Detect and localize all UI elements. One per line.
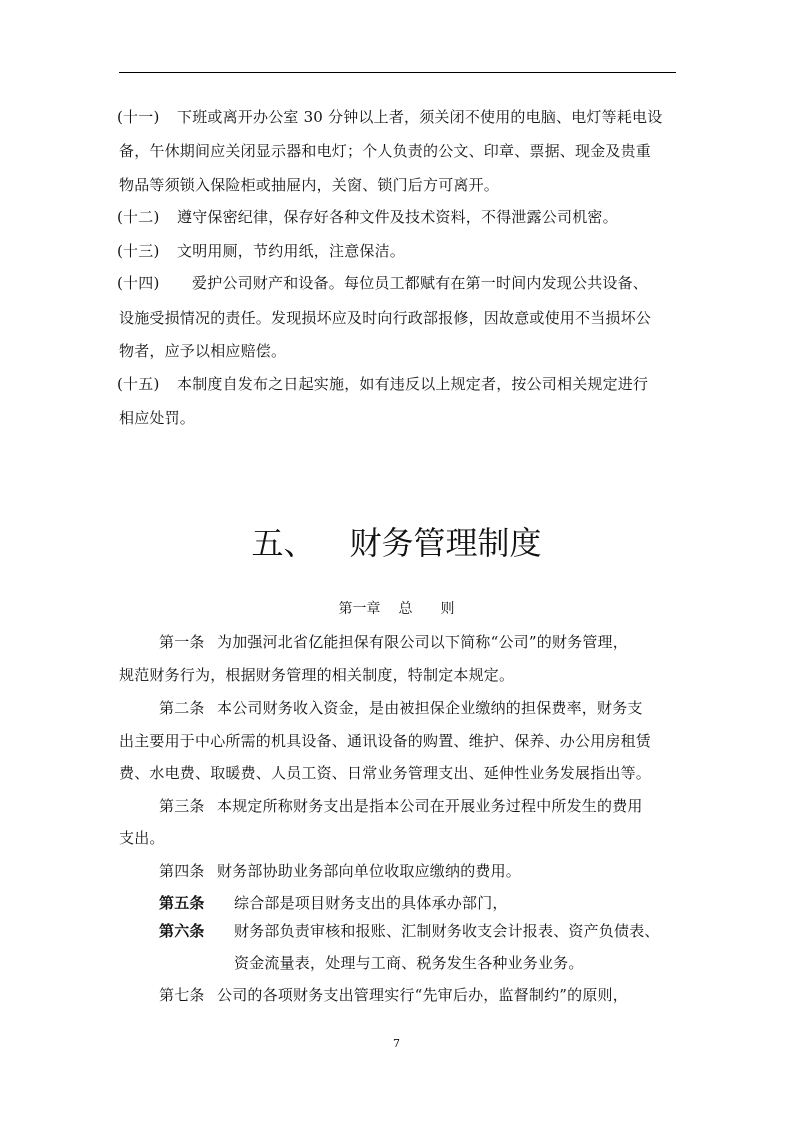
header-rule: [119, 72, 676, 73]
article-3-line-2: 支出。: [119, 828, 165, 848]
section-number: 五、: [251, 524, 315, 562]
article-text: 本公司财务收入资金，是由被担保企业缴纳的担保费率，财务支: [217, 699, 643, 717]
rule-11-line-3: 物品等须锁入保险柜或抽屉内，关窗、锁门后方可离开。: [119, 175, 499, 195]
rule-14-line-3: 物者，应予以相应赔偿。: [119, 341, 286, 361]
article-1-line-1: 第一条为加强河北省亿能担保有限公司以下简称“公司”的财务管理，: [159, 632, 628, 652]
article-6-line-2: 资金流量表，处理与工商、税务发生各种业务业务。: [234, 953, 584, 973]
rule-number: (十一): [117, 107, 177, 127]
article-label: 第六条: [159, 921, 234, 941]
chapter-heading: 第一章总则: [0, 599, 793, 619]
article-label: 第二条: [159, 698, 217, 718]
rule-number: (十四): [117, 273, 192, 293]
article-2-line-2: 出主要用于中心所需的机具设备、通讯设备的购置、维护、保养、办公用房租赁: [119, 731, 651, 751]
article-label: 第三条: [159, 796, 217, 816]
section-title: 五、财务管理制度: [0, 522, 793, 564]
article-4-line-1: 第四条财务部协助业务部向单位收取应缴纳的费用。: [159, 861, 521, 881]
rule-11-line-1: (十一)下班或离开办公室 30 分钟以上者，须关闭不使用的电脑、电灯等耗电设: [117, 107, 662, 127]
article-3-line-1: 第三条本规定所称财务支出是指本公司在开展业务过程中所发生的费用: [159, 796, 643, 816]
article-6-line-1: 第六条财务部负责审核和报账、汇制财务收支会计报表、资产负债表、: [159, 921, 660, 941]
article-text: 综合部是项目财务支出的具体承办部门，: [234, 894, 508, 912]
rule-15-line-1: (十五)本制度自发布之日起实施，如有违反以上规定者，按公司相关规定进行: [117, 374, 648, 394]
article-label: 第四条: [159, 861, 217, 881]
chapter-title-part1: 总: [399, 601, 413, 617]
article-text: 公司的各项财务支出管理实行“先审后办，监督制约”的原则，: [217, 986, 628, 1004]
rule-number: (十三): [117, 241, 177, 261]
article-1-line-2: 规范财务行为，根据财务管理的相关制度，特制定本规定。: [119, 665, 514, 685]
rule-11-line-2: 备，午休期间应关闭显示器和电灯；个人负责的公文、印章、票据、现金及贵重: [119, 141, 651, 161]
article-text: 财务部负责审核和报账、汇制财务收支会计报表、资产负债表、: [234, 922, 660, 940]
rule-text: 文明用厕，节约用纸，注意保洁。: [177, 242, 405, 260]
rule-text: 爱护公司财产和设备。每位员工都赋有在第一时间内发现公共设备、: [192, 274, 648, 292]
article-text: 本规定所称财务支出是指本公司在开展业务过程中所发生的费用: [217, 797, 643, 815]
chapter-title-part2: 则: [441, 601, 455, 617]
article-text: 为加强河北省亿能担保有限公司以下简称“公司”的财务管理，: [217, 633, 628, 651]
article-7-line-1: 第七条公司的各项财务支出管理实行“先审后办，监督制约”的原则，: [159, 985, 628, 1005]
article-label: 第一条: [159, 632, 217, 652]
rule-text: 本制度自发布之日起实施，如有违反以上规定者，按公司相关规定进行: [177, 375, 648, 393]
article-text: 财务部协助业务部向单位收取应缴纳的费用。: [217, 862, 521, 880]
rule-text: 下班或离开办公室 30 分钟以上者，须关闭不使用的电脑、电灯等耗电设: [177, 108, 662, 126]
rule-14-line-2: 设施受损情况的责任。发现损坏应及时向行政部报修，因故意或使用不当损坏公: [119, 308, 651, 328]
article-2-line-1: 第二条本公司财务收入资金，是由被担保企业缴纳的担保费率，财务支: [159, 698, 643, 718]
rule-text: 遵守保密纪律，保存好各种文件及技术资料，不得泄露公司机密。: [177, 208, 618, 226]
article-label: 第五条: [159, 893, 234, 913]
rule-14-line-1: (十四)爱护公司财产和设备。每位员工都赋有在第一时间内发现公共设备、: [117, 273, 648, 293]
chapter-label: 第一章: [339, 601, 381, 617]
rule-12-line-1: (十二)遵守保密纪律，保存好各种文件及技术资料，不得泄露公司机密。: [117, 207, 618, 227]
article-2-line-3: 费、水电费、取暖费、人员工资、日常业务管理支出、延伸性业务发展指出等。: [119, 763, 651, 783]
article-label: 第七条: [159, 985, 217, 1005]
rule-number: (十二): [117, 207, 177, 227]
rule-number: (十五): [117, 374, 177, 394]
page-number: 7: [0, 1037, 793, 1050]
rule-15-line-2: 相应处罚。: [119, 408, 195, 428]
section-title-text: 财务管理制度: [350, 524, 542, 562]
article-5-line-1: 第五条综合部是项目财务支出的具体承办部门，: [159, 893, 508, 913]
rule-13-line-1: (十三)文明用厕，节约用纸，注意保洁。: [117, 241, 405, 261]
